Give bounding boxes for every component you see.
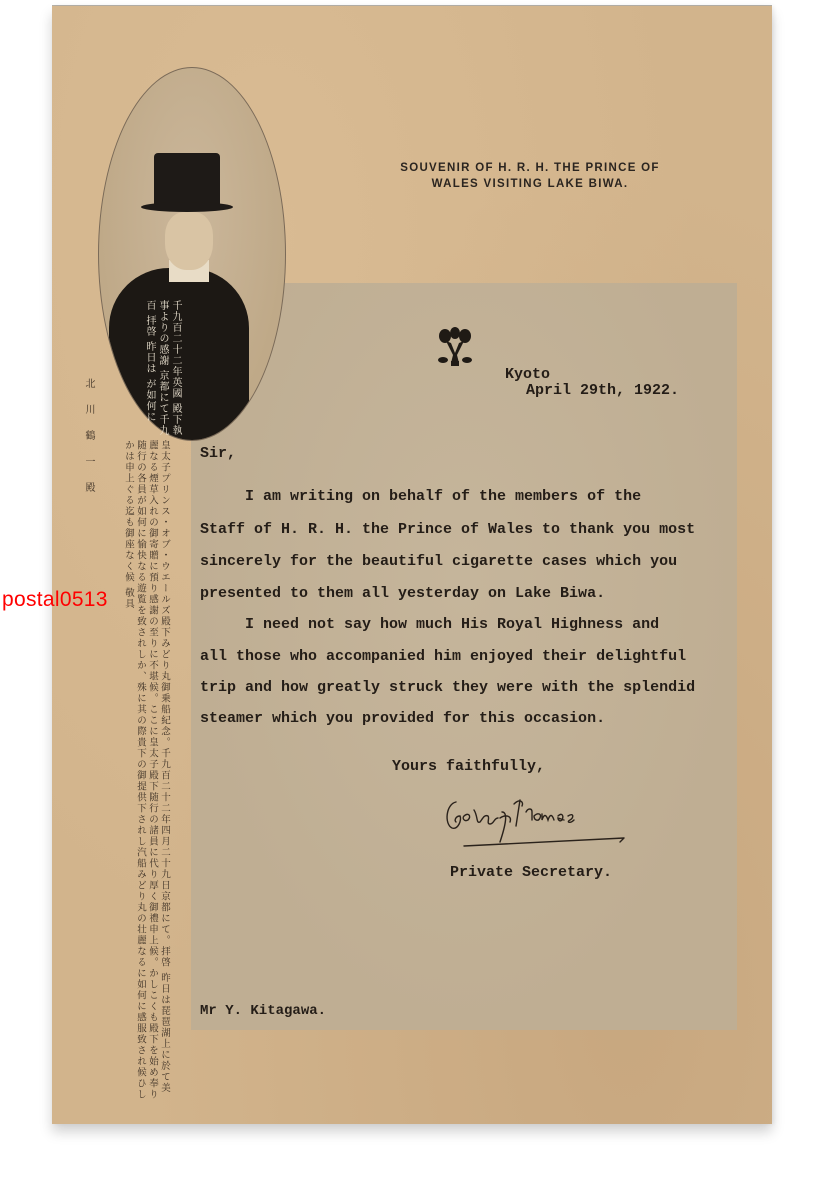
watermark-text: postal0513 <box>2 588 108 612</box>
top-hat-icon <box>154 153 220 205</box>
top-hat-brim <box>141 202 233 212</box>
souvenir-header-line-1: SOUVENIR OF H. R. H. THE PRINCE OF <box>370 160 690 176</box>
paragraph2-line: I need not say how much His Royal Highne… <box>200 616 659 633</box>
paragraph2-line: steamer which you provided for this occa… <box>200 710 605 727</box>
paragraph1-line: presented to them all yesterday on Lake … <box>200 585 605 602</box>
letter-closing: Yours faithfully, <box>392 758 545 775</box>
prince-of-wales-feathers-icon <box>437 327 473 367</box>
japanese-translation: 皇太子プリンス・オブ・ウエールズ殿下みどり丸御乗船紀念。千九百二十二年四月二十九… <box>110 440 170 1100</box>
signer-title: Private Secretary. <box>450 864 612 881</box>
paragraph2-line: all those who accompanied him enjoyed th… <box>200 648 686 665</box>
letter-salutation: Sir, <box>200 445 236 462</box>
souvenir-header: SOUVENIR OF H. R. H. THE PRINCE OF WALES… <box>370 160 690 192</box>
paragraph1-line: I am writing on behalf of the members of… <box>200 488 641 505</box>
paragraph2-line: trip and how greatly struck they were wi… <box>200 679 695 696</box>
japanese-addressee: 北川鶴一殿 <box>82 378 94 508</box>
paragraph1-line: Staff of H. R. H. the Prince of Wales to… <box>200 521 695 538</box>
letter-recipient: Mr Y. Kitagawa. <box>200 1003 326 1019</box>
portrait-face <box>165 212 213 270</box>
portrait-japanese-overlay: 千九百二十二年英國 殿下執事よりの感謝 京都にて千九百 拝啓 昨日は が如何に <box>112 300 182 440</box>
handwritten-signature <box>442 790 632 850</box>
letter-place: Kyoto <box>505 366 550 383</box>
letter-date: April 29th, 1922. <box>526 382 679 399</box>
souvenir-header-line-2: WALES VISITING LAKE BIWA. <box>370 176 690 192</box>
paragraph1-line: sincerely for the beautiful cigarette ca… <box>200 553 677 570</box>
